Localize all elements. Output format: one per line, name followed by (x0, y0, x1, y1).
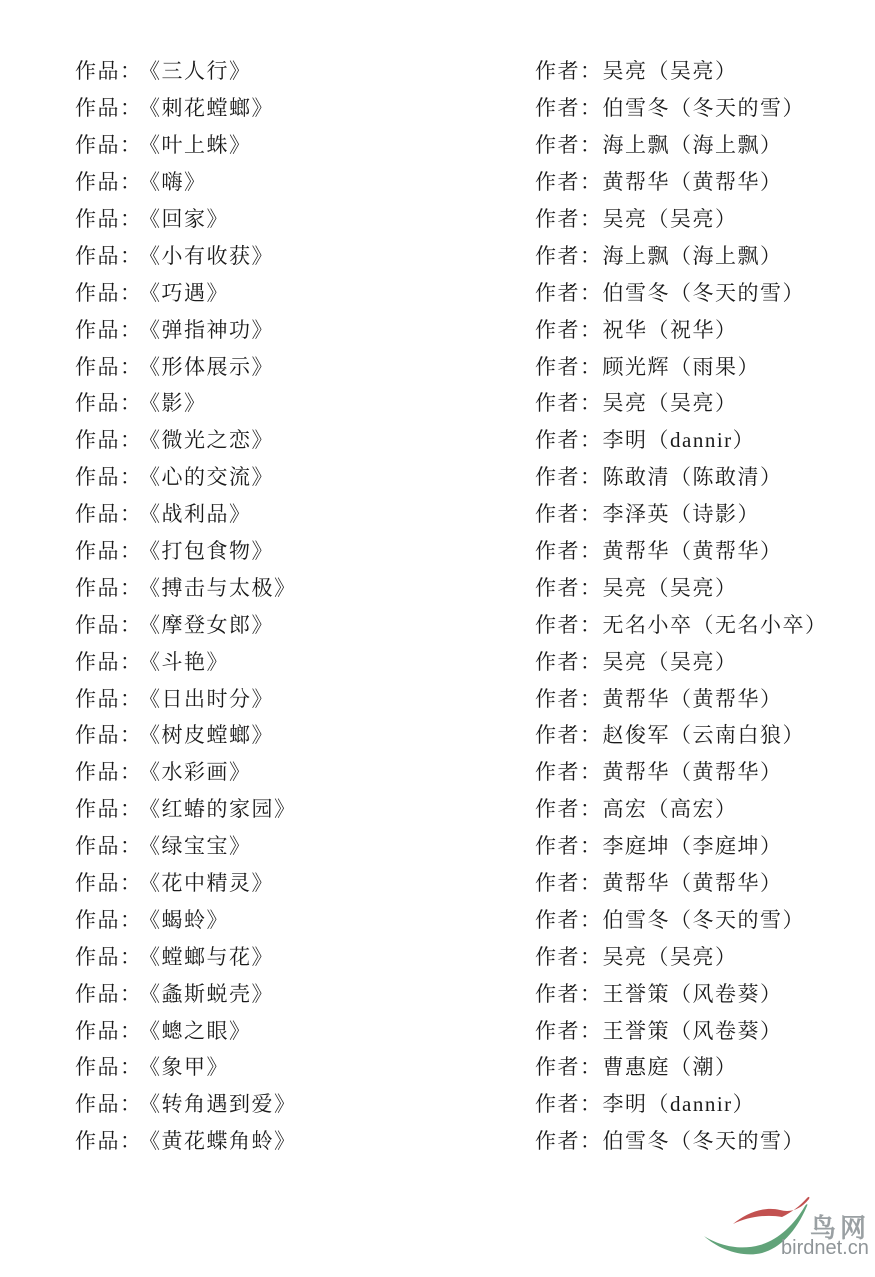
work-label: 作品： (75, 982, 143, 1006)
work-cell: 作品：《巧遇》 (75, 277, 535, 307)
list-item: 作品：《黄花蝶角蛉》 作者：伯雪冬（冬天的雪） (75, 1122, 845, 1159)
list-item: 作品：《巧遇》 作者：伯雪冬（冬天的雪） (75, 273, 845, 310)
work-title: 《嗨》 (150, 170, 207, 194)
author-name: 伯雪冬（冬天的雪） (603, 281, 806, 305)
author-label: 作者： (535, 871, 603, 895)
work-cell: 作品：《微光之恋》 (75, 424, 535, 454)
author-name: 李泽英（诗影） (603, 502, 761, 526)
list-item: 作品：《绿宝宝》 作者：李庭坤（李庭坤） (75, 827, 845, 864)
author-label: 作者： (535, 1129, 603, 1153)
birdnet-logo: 鸟网 birdnet.cn (690, 1188, 875, 1272)
list-item: 作品：《蝎蛉》 作者：伯雪冬（冬天的雪） (75, 900, 845, 937)
work-label: 作品： (75, 133, 143, 157)
work-cell: 作品：《蝎蛉》 (75, 904, 535, 934)
work-cell: 作品：《摩登女郎》 (75, 609, 535, 639)
work-label: 作品： (75, 797, 143, 821)
work-label: 作品： (75, 428, 143, 452)
author-label: 作者： (535, 576, 603, 600)
author-name: 李明（dannir） (603, 428, 756, 452)
list-item: 作品：《摩登女郎》 作者：无名小卒（无名小卒） (75, 605, 845, 642)
list-item: 作品：《战利品》 作者：李泽英（诗影） (75, 495, 845, 532)
author-cell: 作者：吴亮（吴亮） (535, 55, 845, 85)
author-label: 作者： (535, 1055, 603, 1079)
list-item: 作品：《转角遇到爱》 作者：李明（dannir） (75, 1085, 845, 1122)
work-label: 作品： (75, 1019, 143, 1043)
work-title: 《水彩画》 (150, 760, 252, 784)
author-cell: 作者：吴亮（吴亮） (535, 387, 845, 417)
author-cell: 作者：吴亮（吴亮） (535, 646, 845, 676)
work-cell: 作品：《三人行》 (75, 55, 535, 85)
work-label: 作品： (75, 871, 143, 895)
author-name: 伯雪冬（冬天的雪） (603, 1129, 806, 1153)
author-name: 黄帮华（黄帮华） (603, 170, 783, 194)
work-cell: 作品：《回家》 (75, 203, 535, 233)
work-cell: 作品：《战利品》 (75, 498, 535, 528)
author-name: 吴亮（吴亮） (603, 576, 738, 600)
author-label: 作者： (535, 650, 603, 674)
author-name: 顾光辉（雨果） (603, 355, 761, 379)
work-label: 作品： (75, 1092, 143, 1116)
list-item: 作品：《刺花螳螂》 作者：伯雪冬（冬天的雪） (75, 89, 845, 126)
work-label: 作品： (75, 207, 143, 231)
work-cell: 作品：《弹指神功》 (75, 314, 535, 344)
list-item: 作品：《螽斯蜕壳》 作者：王誉策（风卷葵） (75, 974, 845, 1011)
author-cell: 作者：王誉策（风卷葵） (535, 1015, 845, 1045)
work-cell: 作品：《绿宝宝》 (75, 830, 535, 860)
author-label: 作者： (535, 797, 603, 821)
list-item: 作品：《回家》 作者：吴亮（吴亮） (75, 200, 845, 237)
work-label: 作品： (75, 355, 143, 379)
author-name: 李明（dannir） (603, 1092, 756, 1116)
work-title: 《象甲》 (150, 1055, 230, 1079)
work-title: 《三人行》 (150, 59, 252, 83)
work-cell: 作品：《刺花螳螂》 (75, 92, 535, 122)
work-label: 作品： (75, 281, 143, 305)
author-label: 作者： (535, 687, 603, 711)
work-label: 作品： (75, 539, 143, 563)
work-label: 作品： (75, 723, 143, 747)
list-item: 作品：《树皮螳螂》 作者：赵俊军（云南白狼） (75, 716, 845, 753)
author-name: 伯雪冬（冬天的雪） (603, 908, 806, 932)
author-label: 作者： (535, 170, 603, 194)
author-cell: 作者：黄帮华（黄帮华） (535, 756, 845, 786)
author-cell: 作者：赵俊军（云南白狼） (535, 719, 845, 749)
work-cell: 作品：《日出时分》 (75, 683, 535, 713)
work-label: 作品： (75, 687, 143, 711)
work-title: 《绿宝宝》 (150, 834, 252, 858)
work-label: 作品： (75, 96, 143, 120)
author-name: 黄帮华（黄帮华） (603, 871, 783, 895)
work-label: 作品： (75, 391, 143, 415)
logo-domain-text: birdnet.cn (781, 1237, 869, 1260)
work-cell: 作品：《黄花蝶角蛉》 (75, 1125, 535, 1155)
author-label: 作者： (535, 539, 603, 563)
author-name: 吴亮（吴亮） (603, 945, 738, 969)
author-cell: 作者：高宏（高宏） (535, 793, 845, 823)
work-cell: 作品：《水彩画》 (75, 756, 535, 786)
author-label: 作者： (535, 59, 603, 83)
work-cell: 作品：《红蝽的家园》 (75, 793, 535, 823)
author-name: 曹惠庭（潮） (603, 1055, 738, 1079)
author-name: 祝华（祝华） (603, 318, 738, 342)
author-name: 无名小卒（无名小卒） (603, 613, 828, 637)
author-name: 王誉策（风卷葵） (603, 982, 783, 1006)
work-title: 《叶上蛛》 (150, 133, 252, 157)
work-label: 作品： (75, 170, 143, 194)
author-cell: 作者：海上飘（海上飘） (535, 240, 845, 270)
work-cell: 作品：《螳螂与花》 (75, 941, 535, 971)
author-cell: 作者：吴亮（吴亮） (535, 203, 845, 233)
author-name: 黄帮华（黄帮华） (603, 539, 783, 563)
author-name: 李庭坤（李庭坤） (603, 834, 783, 858)
work-cell: 作品：《心的交流》 (75, 461, 535, 491)
author-cell: 作者：李泽英（诗影） (535, 498, 845, 528)
work-title: 《斗艳》 (150, 650, 230, 674)
author-name: 黄帮华（黄帮华） (603, 760, 783, 784)
work-cell: 作品：《形体展示》 (75, 351, 535, 381)
list-item: 作品：《打包食物》 作者：黄帮华（黄帮华） (75, 532, 845, 569)
work-label: 作品： (75, 908, 143, 932)
author-cell: 作者：曹惠庭（潮） (535, 1051, 845, 1081)
work-cell: 作品：《影》 (75, 387, 535, 417)
work-title: 《搏击与太极》 (150, 576, 297, 600)
author-label: 作者： (535, 391, 603, 415)
work-title: 《战利品》 (150, 502, 252, 526)
author-name: 高宏（高宏） (603, 797, 738, 821)
work-cell: 作品：《花中精灵》 (75, 867, 535, 897)
author-label: 作者： (535, 760, 603, 784)
work-cell: 作品：《搏击与太极》 (75, 572, 535, 602)
author-cell: 作者：王誉策（风卷葵） (535, 978, 845, 1008)
list-item: 作品：《微光之恋》 作者：李明（dannir） (75, 421, 845, 458)
author-label: 作者： (535, 945, 603, 969)
work-title: 《打包食物》 (150, 539, 275, 563)
list-item: 作品：《蟌之眼》 作者：王誉策（风卷葵） (75, 1011, 845, 1048)
author-cell: 作者：伯雪冬（冬天的雪） (535, 1125, 845, 1155)
author-cell: 作者：李明（dannir） (535, 1088, 845, 1118)
works-author-list: 作品：《三人行》 作者：吴亮（吴亮） 作品：《刺花螳螂》 作者：伯雪冬（冬天的雪… (75, 52, 845, 1159)
work-label: 作品： (75, 1129, 143, 1153)
author-name: 吴亮（吴亮） (603, 391, 738, 415)
author-label: 作者： (535, 244, 603, 268)
work-title: 《微光之恋》 (150, 428, 275, 452)
list-item: 作品：《心的交流》 作者：陈敢清（陈敢清） (75, 458, 845, 495)
list-item: 作品：《花中精灵》 作者：黄帮华（黄帮华） (75, 864, 845, 901)
author-name: 陈敢清（陈敢清） (603, 465, 783, 489)
work-label: 作品： (75, 502, 143, 526)
author-label: 作者： (535, 428, 603, 452)
list-item: 作品：《叶上蛛》 作者：海上飘（海上飘） (75, 126, 845, 163)
work-cell: 作品：《斗艳》 (75, 646, 535, 676)
list-item: 作品：《螳螂与花》 作者：吴亮（吴亮） (75, 937, 845, 974)
work-title: 《心的交流》 (150, 465, 275, 489)
author-name: 吴亮（吴亮） (603, 650, 738, 674)
author-cell: 作者：伯雪冬（冬天的雪） (535, 92, 845, 122)
author-label: 作者： (535, 96, 603, 120)
author-cell: 作者：黄帮华（黄帮华） (535, 867, 845, 897)
list-item: 作品：《影》 作者：吴亮（吴亮） (75, 384, 845, 421)
work-title: 《摩登女郎》 (150, 613, 275, 637)
list-item: 作品：《象甲》 作者：曹惠庭（潮） (75, 1048, 845, 1085)
author-cell: 作者：海上飘（海上飘） (535, 129, 845, 159)
author-label: 作者： (535, 834, 603, 858)
author-label: 作者： (535, 613, 603, 637)
list-item: 作品：《弹指神功》 作者：祝华（祝华） (75, 310, 845, 347)
author-label: 作者： (535, 281, 603, 305)
work-cell: 作品：《树皮螳螂》 (75, 719, 535, 749)
work-title: 《日出时分》 (150, 687, 275, 711)
work-title: 《影》 (150, 391, 207, 415)
author-cell: 作者：无名小卒（无名小卒） (535, 609, 845, 639)
list-item: 作品：《搏击与太极》 作者：吴亮（吴亮） (75, 568, 845, 605)
author-label: 作者： (535, 723, 603, 747)
work-title: 《螽斯蜕壳》 (150, 982, 275, 1006)
work-cell: 作品：《蟌之眼》 (75, 1015, 535, 1045)
work-title: 《转角遇到爱》 (150, 1092, 297, 1116)
work-label: 作品： (75, 613, 143, 637)
list-item: 作品：《斗艳》 作者：吴亮（吴亮） (75, 642, 845, 679)
work-title: 《形体展示》 (150, 355, 275, 379)
author-cell: 作者：顾光辉（雨果） (535, 351, 845, 381)
list-item: 作品：《嗨》 作者：黄帮华（黄帮华） (75, 163, 845, 200)
work-title: 《树皮螳螂》 (150, 723, 275, 747)
list-item: 作品：《红蝽的家园》 作者：高宏（高宏） (75, 790, 845, 827)
author-label: 作者： (535, 355, 603, 379)
author-cell: 作者：祝华（祝华） (535, 314, 845, 344)
work-title: 《螳螂与花》 (150, 945, 275, 969)
work-title: 《蝎蛉》 (150, 908, 230, 932)
work-cell: 作品：《螽斯蜕壳》 (75, 978, 535, 1008)
author-cell: 作者：李明（dannir） (535, 424, 845, 454)
work-label: 作品： (75, 1055, 143, 1079)
author-cell: 作者：吴亮（吴亮） (535, 572, 845, 602)
work-label: 作品： (75, 244, 143, 268)
list-item: 作品：《三人行》 作者：吴亮（吴亮） (75, 52, 845, 89)
author-label: 作者： (535, 465, 603, 489)
work-cell: 作品：《转角遇到爱》 (75, 1088, 535, 1118)
author-cell: 作者：黄帮华（黄帮华） (535, 166, 845, 196)
work-title: 《红蝽的家园》 (150, 797, 297, 821)
author-name: 王誉策（风卷葵） (603, 1019, 783, 1043)
author-cell: 作者：伯雪冬（冬天的雪） (535, 904, 845, 934)
author-label: 作者： (535, 207, 603, 231)
work-label: 作品： (75, 59, 143, 83)
work-label: 作品： (75, 650, 143, 674)
work-cell: 作品：《叶上蛛》 (75, 129, 535, 159)
work-title: 《蟌之眼》 (150, 1019, 252, 1043)
work-label: 作品： (75, 945, 143, 969)
author-name: 赵俊军（云南白狼） (603, 723, 806, 747)
author-cell: 作者：陈敢清（陈敢清） (535, 461, 845, 491)
author-name: 吴亮（吴亮） (603, 59, 738, 83)
author-cell: 作者：吴亮（吴亮） (535, 941, 845, 971)
author-name: 海上飘（海上飘） (603, 133, 783, 157)
author-name: 海上飘（海上飘） (603, 244, 783, 268)
author-label: 作者： (535, 133, 603, 157)
work-cell: 作品：《象甲》 (75, 1051, 535, 1081)
work-label: 作品： (75, 465, 143, 489)
author-cell: 作者：李庭坤（李庭坤） (535, 830, 845, 860)
work-label: 作品： (75, 760, 143, 784)
author-cell: 作者：黄帮华（黄帮华） (535, 535, 845, 565)
work-title: 《刺花螳螂》 (150, 96, 275, 120)
work-title: 《黄花蝶角蛉》 (150, 1129, 297, 1153)
work-label: 作品： (75, 318, 143, 342)
author-label: 作者： (535, 982, 603, 1006)
author-label: 作者： (535, 1092, 603, 1116)
work-title: 《弹指神功》 (150, 318, 275, 342)
author-name: 黄帮华（黄帮华） (603, 687, 783, 711)
author-label: 作者： (535, 502, 603, 526)
work-label: 作品： (75, 834, 143, 858)
list-item: 作品：《日出时分》 作者：黄帮华（黄帮华） (75, 679, 845, 716)
author-cell: 作者：黄帮华（黄帮华） (535, 683, 845, 713)
list-item: 作品：《小有收获》 作者：海上飘（海上飘） (75, 236, 845, 273)
work-title: 《巧遇》 (150, 281, 230, 305)
author-label: 作者： (535, 908, 603, 932)
work-title: 《小有收获》 (150, 244, 275, 268)
work-title: 《回家》 (150, 207, 230, 231)
work-label: 作品： (75, 576, 143, 600)
author-name: 吴亮（吴亮） (603, 207, 738, 231)
work-cell: 作品：《小有收获》 (75, 240, 535, 270)
author-cell: 作者：伯雪冬（冬天的雪） (535, 277, 845, 307)
author-label: 作者： (535, 318, 603, 342)
work-cell: 作品：《打包食物》 (75, 535, 535, 565)
author-label: 作者： (535, 1019, 603, 1043)
author-name: 伯雪冬（冬天的雪） (603, 96, 806, 120)
list-item: 作品：《水彩画》 作者：黄帮华（黄帮华） (75, 753, 845, 790)
work-cell: 作品：《嗨》 (75, 166, 535, 196)
list-item: 作品：《形体展示》 作者：顾光辉（雨果） (75, 347, 845, 384)
work-title: 《花中精灵》 (150, 871, 275, 895)
